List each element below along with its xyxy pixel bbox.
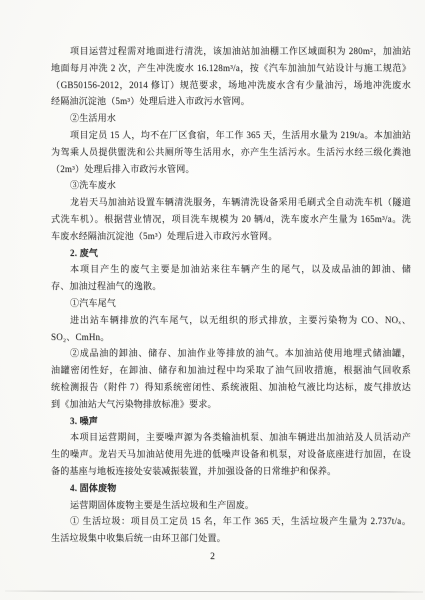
text-line: 到《加油站大气污染物排放标准》要求。: [51, 396, 411, 413]
text-line: ① 生活垃圾：项目员工定员 15 名，年工作 365 天，生活垃圾产生量为 2.…: [51, 513, 411, 530]
text-line: 地面每月冲洗 2 次，产生冲洗废水 16.128m³/a，按《汽车加油加气站设计…: [51, 60, 411, 77]
text-line: 生的噪声。龙岩天马加油站使用先进的低噪声设备和机泵，对设备底座进行加固，在设: [51, 446, 411, 463]
text-line: SO₂、CmHn。: [51, 329, 411, 346]
text-line: 龙岩天马加油站设置车辆清洗服务，车辆清洗设备采用毛刷式全自动洗车机（隧道: [51, 194, 411, 211]
text-line: 存、加油过程油气的逸散。: [51, 278, 411, 295]
text-line: 式洗车机）。根据营业情况，项目洗车规模为 20 辆/d，洗车废水产生量为 165…: [51, 211, 411, 228]
text-line: （2m³）处理后排入市政污水管网。: [51, 161, 411, 178]
text-line: 统检测报告（附件 7）得知系统密闭性、系统液阻、加油枪气液比均达标，废气排放达: [51, 379, 411, 396]
text-line: 生活垃圾集中收集后统一由环卫部门处置。: [51, 530, 411, 547]
text-line: 项目运营过程需对地面进行清洗，该加油站加油棚工作区域面积为 280m²，加油站: [51, 43, 411, 60]
text-line: 项目定员 15 人，均不在厂区食宿，年工作 365 天，生活用水量为 219t/…: [51, 127, 411, 144]
text-line: 为驾乘人员提供盥洗和公共厕所等生活用水，亦产生生活污水。生活污水经三级化粪池: [51, 144, 411, 161]
text-line: 备的基座与地板连接处安装减振装置，并加强设备的日常维护和保养。: [51, 463, 411, 480]
text-line: ①汽车尾气: [51, 295, 411, 312]
text-line: 本项目产生的废气主要是加油站来往车辆产生的尾气，以及成品油的卸油、储: [51, 261, 411, 278]
document-text-block: 项目运营过程需对地面进行清洗，该加油站加油棚工作区域面积为 280m²，加油站地…: [51, 43, 411, 547]
text-line: 油罐密闭性好，在卸油、储存和加油过程中均采取了油气回收措施，根据油气回收系: [51, 362, 411, 379]
text-line: 本项目运营期间，主要噪声源为各类输油机泵、加油车辆进出加油站及人员活动产: [51, 429, 411, 446]
text-line: 进出站车辆排放的汽车尾气，以无组织的形式排放，主要污染物为 CO、NOₓ、: [51, 312, 411, 329]
text-line: 4. 固体废物: [51, 480, 411, 497]
text-line: （GB50156-2012，2014 修订）规范要求，场地冲洗废水含有少量油污，…: [51, 77, 411, 94]
text-line: 车废水经隔油沉淀池（5m³）处理后进入市政污水管网。: [51, 228, 411, 245]
paper-edge-line: [5, 591, 423, 593]
text-line: 经隔油沉淀池（5m³）处理后进入市政污水管网。: [51, 93, 411, 110]
text-line: ③洗车废水: [51, 177, 411, 194]
text-line: 2. 废气: [51, 245, 411, 262]
text-line: ②成品油的卸油、储存、加油作业等排放的油气。本加油站使用地埋式储油罐，: [51, 345, 411, 362]
text-line: 3. 噪声: [51, 413, 411, 430]
text-line: ②生活用水: [51, 110, 411, 127]
page-number: 2: [0, 549, 425, 565]
text-line: 运营期固体废物主要是生活垃圾和生产固废。: [51, 497, 411, 514]
